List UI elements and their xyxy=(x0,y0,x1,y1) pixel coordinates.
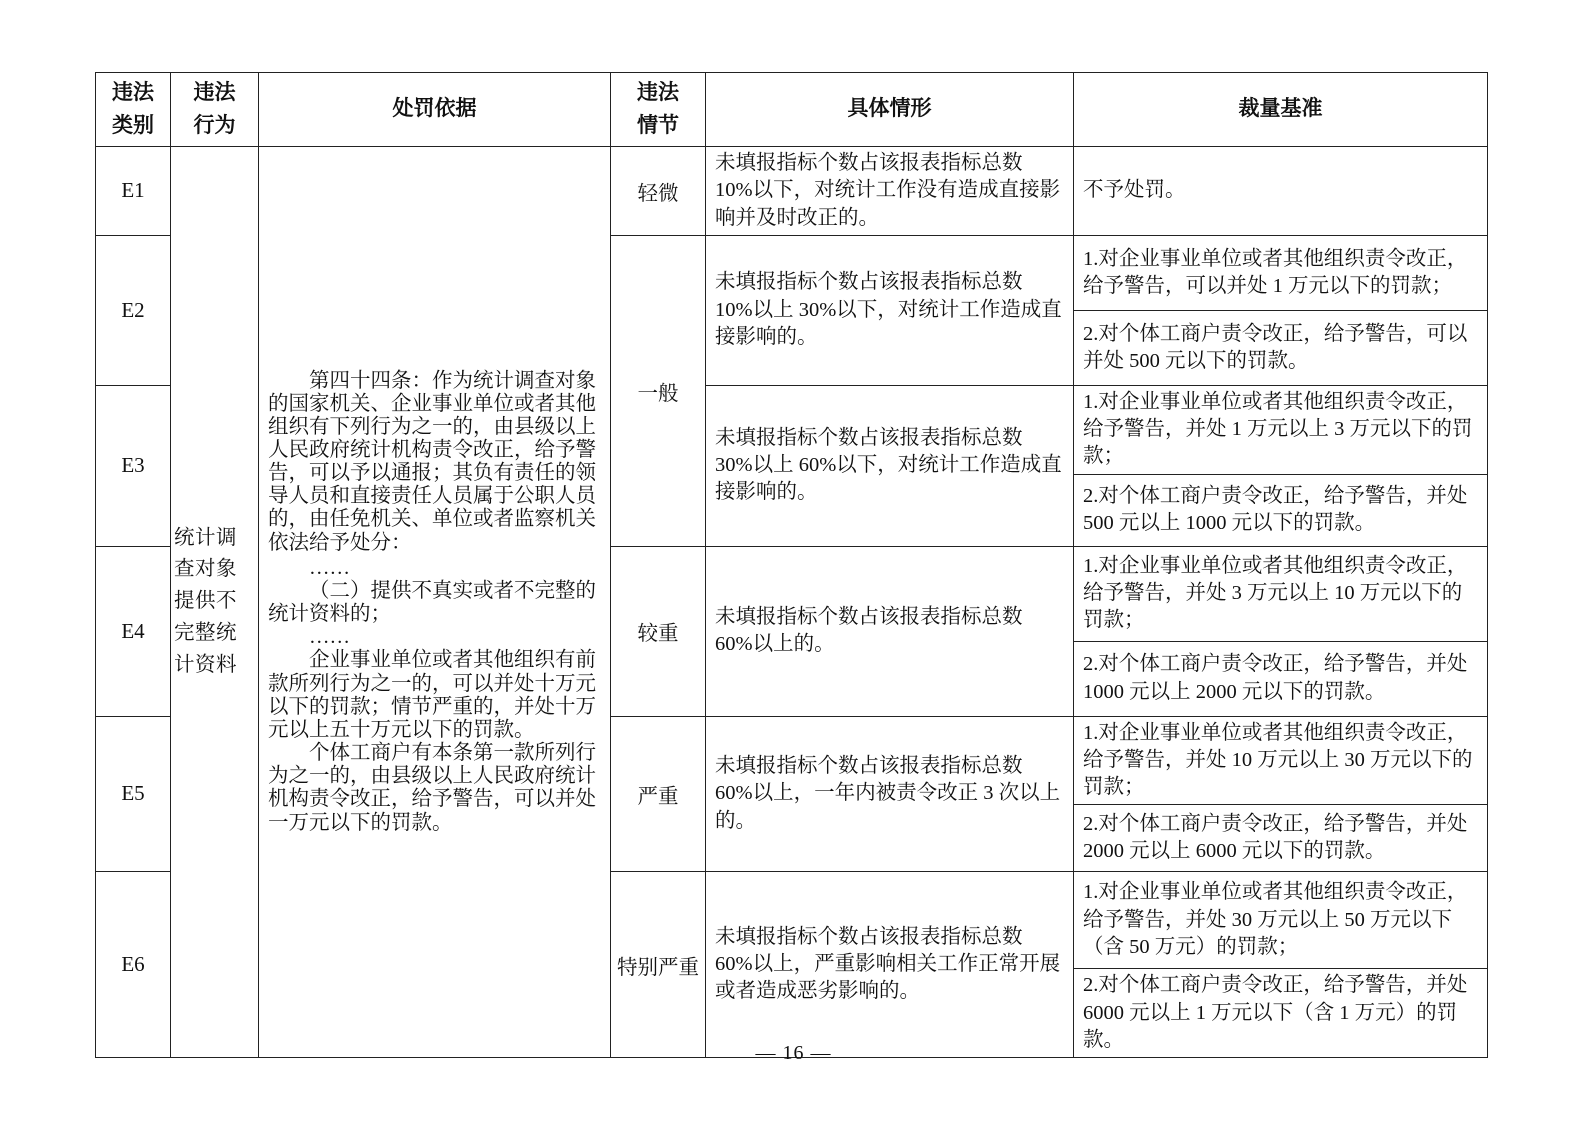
severity-cell-e5: 严重 xyxy=(611,716,706,872)
header-violation-behavior: 违法 行为 xyxy=(171,73,259,147)
basis-ellipsis: …… xyxy=(268,557,601,580)
standard-cell-e3-1: 1.对企业事业单位或者其他组织责令改正，给予警告，并处 1 万元以上 3 万元以… xyxy=(1074,385,1488,474)
page-number: — 16 — xyxy=(0,1042,1587,1065)
header-violation-category: 违法 类别 xyxy=(96,73,171,147)
header-violation-severity: 违法 情节 xyxy=(611,73,706,147)
standard-cell-e2-2: 2.对个体工商户责令改正，给予警告，可以并处 500 元以下的罚款。 xyxy=(1074,310,1488,385)
behavior-cell: 统计调查对象提供不完整统计资料 xyxy=(171,147,259,1058)
situation-cell-e6: 未填报指标个数占该报表指标总数 60%以上，严重影响相关工作正常开展或者造成恶劣… xyxy=(706,872,1074,1058)
header-specific-situation: 具体情形 xyxy=(706,73,1074,147)
standard-cell-e6-1: 1.对企业事业单位或者其他组织责令改正，给予警告，并处 30 万元以上 50 万… xyxy=(1074,872,1488,969)
standard-cell-e5-2: 2.对个体工商户责令改正，给予警告，并处 2000 元以上 6000 元以下的罚… xyxy=(1074,805,1488,872)
situation-cell-e3: 未填报指标个数占该报表指标总数 30%以上 60%以下，对统计工作造成直接影响的… xyxy=(706,385,1074,546)
basis-ellipsis: …… xyxy=(268,626,601,649)
standard-cell-e2-1: 1.对企业事业单位或者其他组织责令改正，给予警告，可以并处 1 万元以下的罚款； xyxy=(1074,235,1488,310)
category-cell-e6: E6 xyxy=(96,872,171,1058)
category-cell-e3: E3 xyxy=(96,385,171,546)
basis-paragraph: 个体工商户有本条第一款所列行为之一的，由县级以上人民政府统计机构责令改正，给予警… xyxy=(268,742,601,835)
situation-cell-e4: 未填报指标个数占该报表指标总数 60%以上的。 xyxy=(706,546,1074,716)
basis-paragraph: （二）提供不真实或者不完整的统计资料的； xyxy=(268,580,601,626)
situation-cell-e2: 未填报指标个数占该报表指标总数 10%以上 30%以下，对统计工作造成直接影响的… xyxy=(706,235,1074,385)
category-cell-e1: E1 xyxy=(96,147,171,236)
standard-cell-e5-1: 1.对企业事业单位或者其他组织责令改正，给予警告，并处 10 万元以上 30 万… xyxy=(1074,716,1488,805)
header-discretion-standard: 裁量基准 xyxy=(1074,73,1488,147)
situation-cell-e5: 未填报指标个数占该报表指标总数 60%以上，一年内被责令改正 3 次以上的。 xyxy=(706,716,1074,872)
penalty-discretion-table: 违法 类别 违法 行为 处罚依据 违法 情节 具体情形 裁量基准 E1 统计调查… xyxy=(95,72,1488,1058)
severity-cell-e6: 特别严重 xyxy=(611,872,706,1058)
situation-cell-e1: 未填报指标个数占该报表指标总数 10%以下，对统计工作没有造成直接影响并及时改正… xyxy=(706,147,1074,236)
document-page: 违法 类别 违法 行为 处罚依据 违法 情节 具体情形 裁量基准 E1 统计调查… xyxy=(0,0,1587,1122)
category-cell-e2: E2 xyxy=(96,235,171,385)
severity-cell-e4: 较重 xyxy=(611,546,706,716)
category-cell-e4: E4 xyxy=(96,546,171,716)
basis-paragraph: 第四十四条：作为统计调查对象的国家机关、企业事业单位或者其他组织有下列行为之一的… xyxy=(268,370,601,555)
standard-cell-e1: 不予处罚。 xyxy=(1074,147,1488,236)
category-cell-e5: E5 xyxy=(96,716,171,872)
standard-cell-e3-2: 2.对个体工商户责令改正，给予警告，并处 500 元以上 1000 元以下的罚款… xyxy=(1074,474,1488,546)
standard-cell-e4-1: 1.对企业事业单位或者其他组织责令改正，给予警告，并处 3 万元以上 10 万元… xyxy=(1074,546,1488,641)
standard-cell-e4-2: 2.对个体工商户责令改正，给予警告，并处 1000 元以上 2000 元以下的罚… xyxy=(1074,641,1488,716)
basis-paragraph: 企业事业单位或者其他组织有前款所列行为之一的，可以并处十万元以下的罚款；情节严重… xyxy=(268,649,601,742)
table-header-row: 违法 类别 违法 行为 处罚依据 违法 情节 具体情形 裁量基准 xyxy=(96,73,1488,147)
severity-cell-e1: 轻微 xyxy=(611,147,706,236)
severity-cell-e2-e3: 一般 xyxy=(611,235,706,546)
penalty-basis-cell: 第四十四条：作为统计调查对象的国家机关、企业事业单位或者其他组织有下列行为之一的… xyxy=(259,147,611,1058)
header-penalty-basis: 处罚依据 xyxy=(259,73,611,147)
table-row: E1 统计调查对象提供不完整统计资料 第四十四条：作为统计调查对象的国家机关、企… xyxy=(96,147,1488,236)
